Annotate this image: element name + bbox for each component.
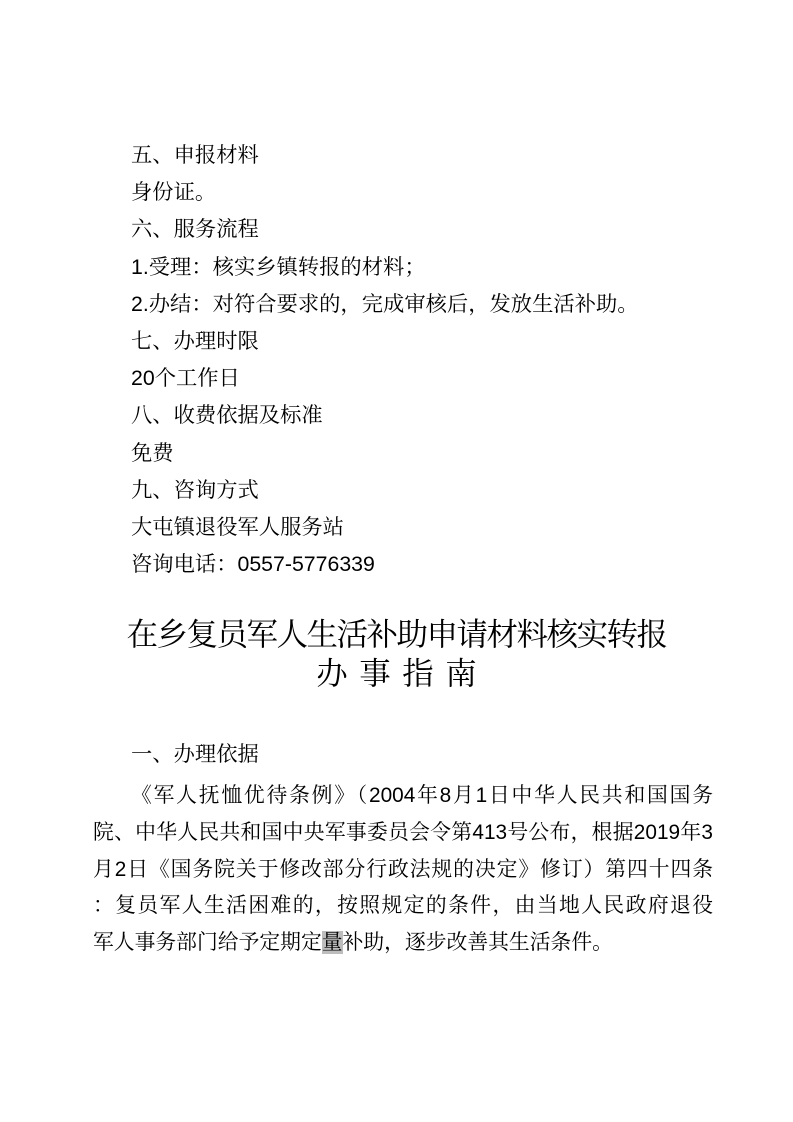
legal-basis-paragraph: 《军人抚恤优待条例》（2004年8月1日中华人民共和国国务 院、中华人民共和国中… — [93, 778, 713, 962]
processing-days-line: 20个工作日 — [131, 360, 639, 397]
service-station-line: 大屯镇退役军人服务站 — [131, 509, 639, 546]
consultation-phone-line: 咨询电话：0557-5776339 — [131, 546, 639, 583]
document-title-line-1: 在乡复员军人生活补助申请材料核实转报 — [0, 615, 793, 654]
paragraph-line-2: 院、中华人民共和国中央军事委员会令第413号公布，根据2019年3 — [93, 815, 713, 852]
fee-free-line: 免费 — [131, 435, 639, 472]
heading-6-service-process: 六、服务流程 — [131, 211, 639, 248]
paragraph-line-5-before: 军人事务部门给予定期定 — [93, 931, 322, 954]
heading-7-processing-time-limit: 七、办理时限 — [131, 323, 639, 360]
document-page: 五、申报材料 身份证。 六、服务流程 1.受理：核实乡镇转报的材料； 2.办结：… — [0, 0, 793, 1122]
info-sections: 五、申报材料 身份证。 六、服务流程 1.受理：核实乡镇转报的材料； 2.办结：… — [131, 137, 639, 583]
step-2-completion: 2.办结：对符合要求的，完成审核后，发放生活补助。 — [131, 286, 639, 323]
paragraph-line-5-after: 补助，逐步改善其生活条件。 — [343, 931, 613, 954]
paragraph-line-3: 月2日《国务院关于修改部分行政法规的决定》修订）第四十四条 — [93, 852, 713, 889]
id-card-line: 身份证。 — [131, 174, 639, 211]
paragraph-line-5: 军人事务部门给予定期定量补助，逐步改善其生活条件。 — [93, 925, 713, 962]
highlighted-char: 量 — [322, 931, 343, 954]
step-1-acceptance: 1.受理：核实乡镇转报的材料； — [131, 249, 639, 286]
document-title-line-2: 办事指南 — [0, 654, 793, 693]
document-title: 在乡复员军人生活补助申请材料核实转报 办事指南 — [0, 615, 793, 693]
paragraph-line-4: ：复员军人生活困难的，按照规定的条件，由当地人民政府退役 — [93, 888, 713, 925]
heading-8-fee-basis-standard: 八、收费依据及标准 — [131, 397, 639, 434]
heading-9-consultation-method: 九、咨询方式 — [131, 472, 639, 509]
heading-1-legal-basis: 一、办理依据 — [131, 736, 259, 773]
heading-5-application-materials: 五、申报材料 — [131, 137, 639, 174]
paragraph-line-1: 《军人抚恤优待条例》（2004年8月1日中华人民共和国国务 — [93, 778, 713, 815]
